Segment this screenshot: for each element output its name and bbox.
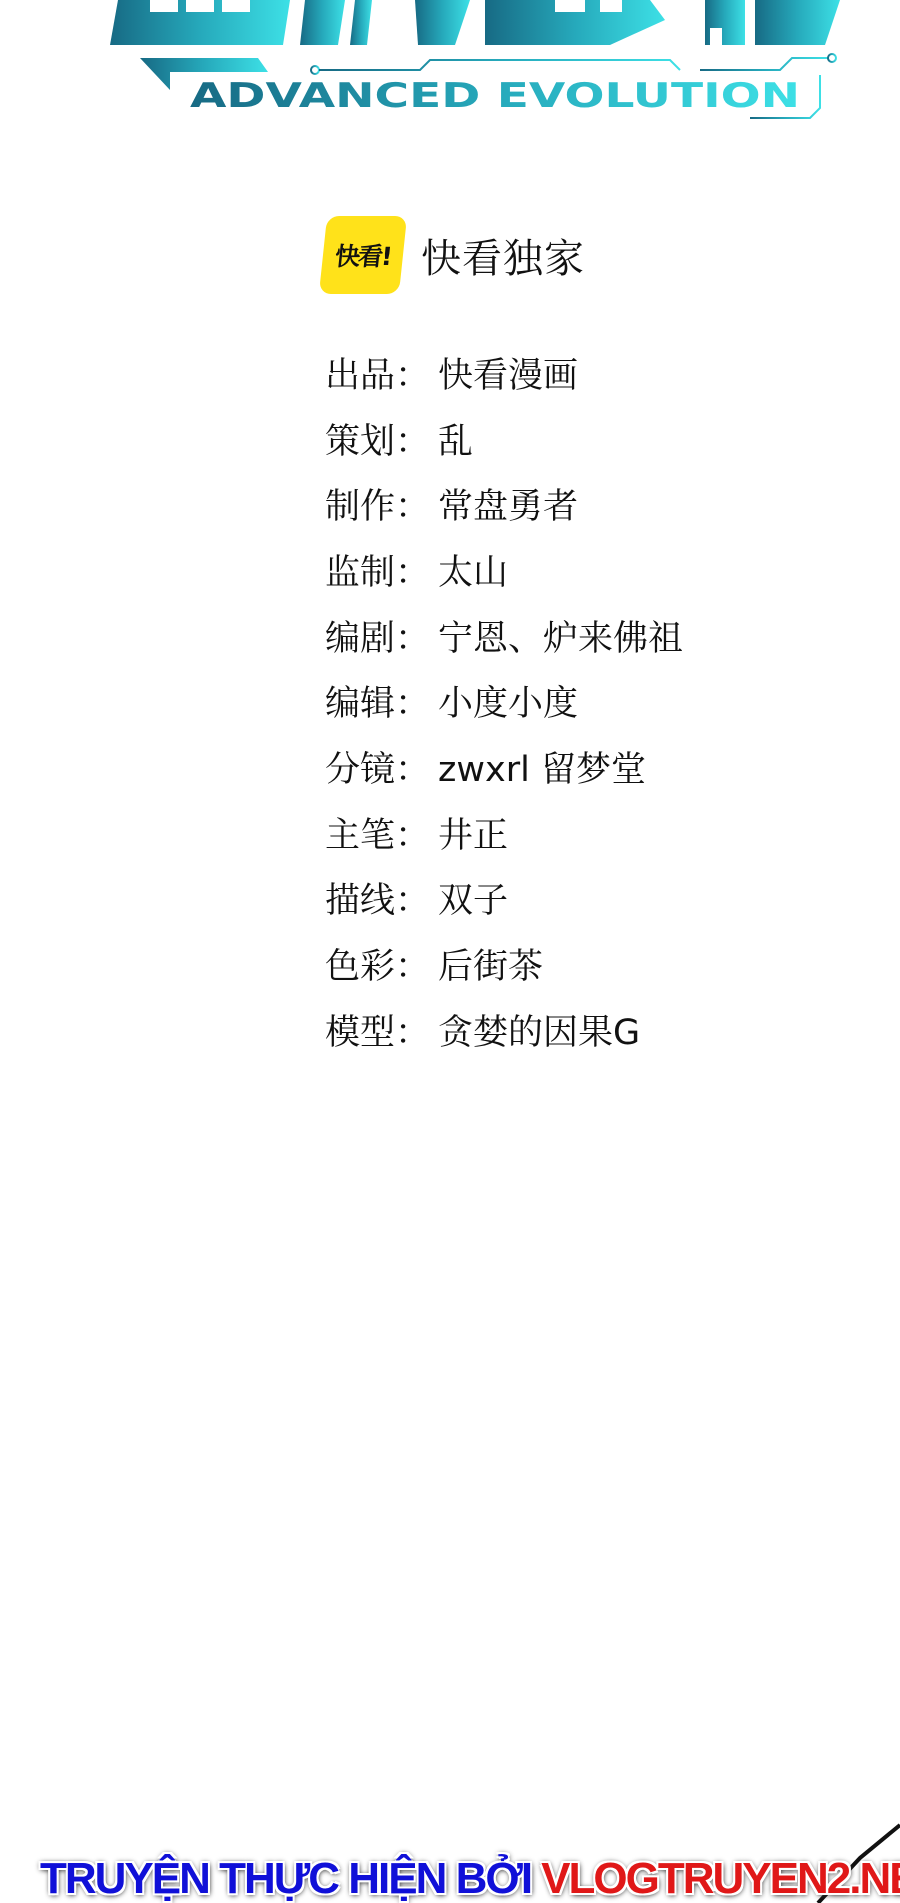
credit-value: 太山 (438, 545, 508, 595)
credit-value: 贪婪的因果G (438, 1005, 640, 1055)
credit-label: 模型： (325, 1005, 438, 1055)
credit-label: 策划： (325, 414, 438, 464)
credit-row-colorist: 色彩： 后街茶 (325, 931, 683, 997)
credit-label: 色彩： (325, 939, 438, 989)
watermark-prefix: TRUYỆN THỰC HIỆN BỞI (40, 1855, 531, 1903)
credit-row-producer: 出品： 快看漫画 (325, 340, 683, 406)
credit-label: 监制： (325, 545, 438, 595)
credit-row-planning: 策划： 乱 (325, 406, 683, 472)
credit-row-lead-artist: 主笔： 井正 (325, 800, 683, 866)
advanced-evolution-logo-graphic: ADVANCED EVOLUTION (0, 0, 900, 125)
credit-row-3d-model: 模型： 贪婪的因果G (325, 997, 683, 1063)
logo-subtitle: ADVANCED EVOLUTION (190, 76, 800, 116)
credit-value: 井正 (438, 808, 508, 858)
credit-value: 常盘勇者 (438, 479, 578, 529)
credit-value: 乱 (438, 414, 473, 464)
credit-label: 主笔： (325, 808, 438, 858)
credit-row-screenwriter: 编剧： 宁恩、炉来佛祖 (325, 603, 683, 669)
credit-value: 快看漫画 (438, 348, 578, 398)
series-logo: ADVANCED EVOLUTION (0, 0, 900, 125)
kuaikan-badge-text: 快看! (333, 237, 392, 273)
watermark-site-link[interactable]: VLOGTRUYEN2.NET (541, 1855, 900, 1903)
credit-value: 宁恩、炉来佛祖 (438, 611, 683, 661)
kuaikan-exclusive-header: 快看! 快看独家 (323, 215, 585, 295)
credit-label: 编剧： (325, 611, 438, 661)
staff-credits: 出品： 快看漫画 策划： 乱 制作： 常盘勇者 监制： 太山 编剧： 宁恩、炉来… (325, 340, 683, 1063)
credit-label: 出品： (325, 348, 438, 398)
credit-label: 编辑： (325, 676, 438, 726)
credit-label: 制作： (325, 479, 438, 529)
credit-row-editor: 编辑： 小度小度 (325, 668, 683, 734)
credit-value: 双子 (438, 873, 508, 923)
credit-row-production: 制作： 常盘勇者 (325, 471, 683, 537)
credit-value: 后街茶 (438, 939, 543, 989)
credit-label: 分镜： (325, 742, 438, 792)
credit-value: zwxrl 留梦堂 (438, 742, 646, 792)
credit-row-supervisor: 监制： 太山 (325, 537, 683, 603)
credit-row-lineart: 描线： 双子 (325, 866, 683, 932)
credit-row-storyboard: 分镜： zwxrl 留梦堂 (325, 734, 683, 800)
credit-label: 描线： (325, 873, 438, 923)
kuaikan-app-icon: 快看! (319, 216, 407, 294)
watermark-banner: TRUYỆN THỰC HIỆN BỞI VLOGTRUYEN2.NET (40, 1855, 860, 1903)
credit-value: 小度小度 (438, 676, 578, 726)
exclusive-label: 快看独家 (421, 227, 585, 284)
